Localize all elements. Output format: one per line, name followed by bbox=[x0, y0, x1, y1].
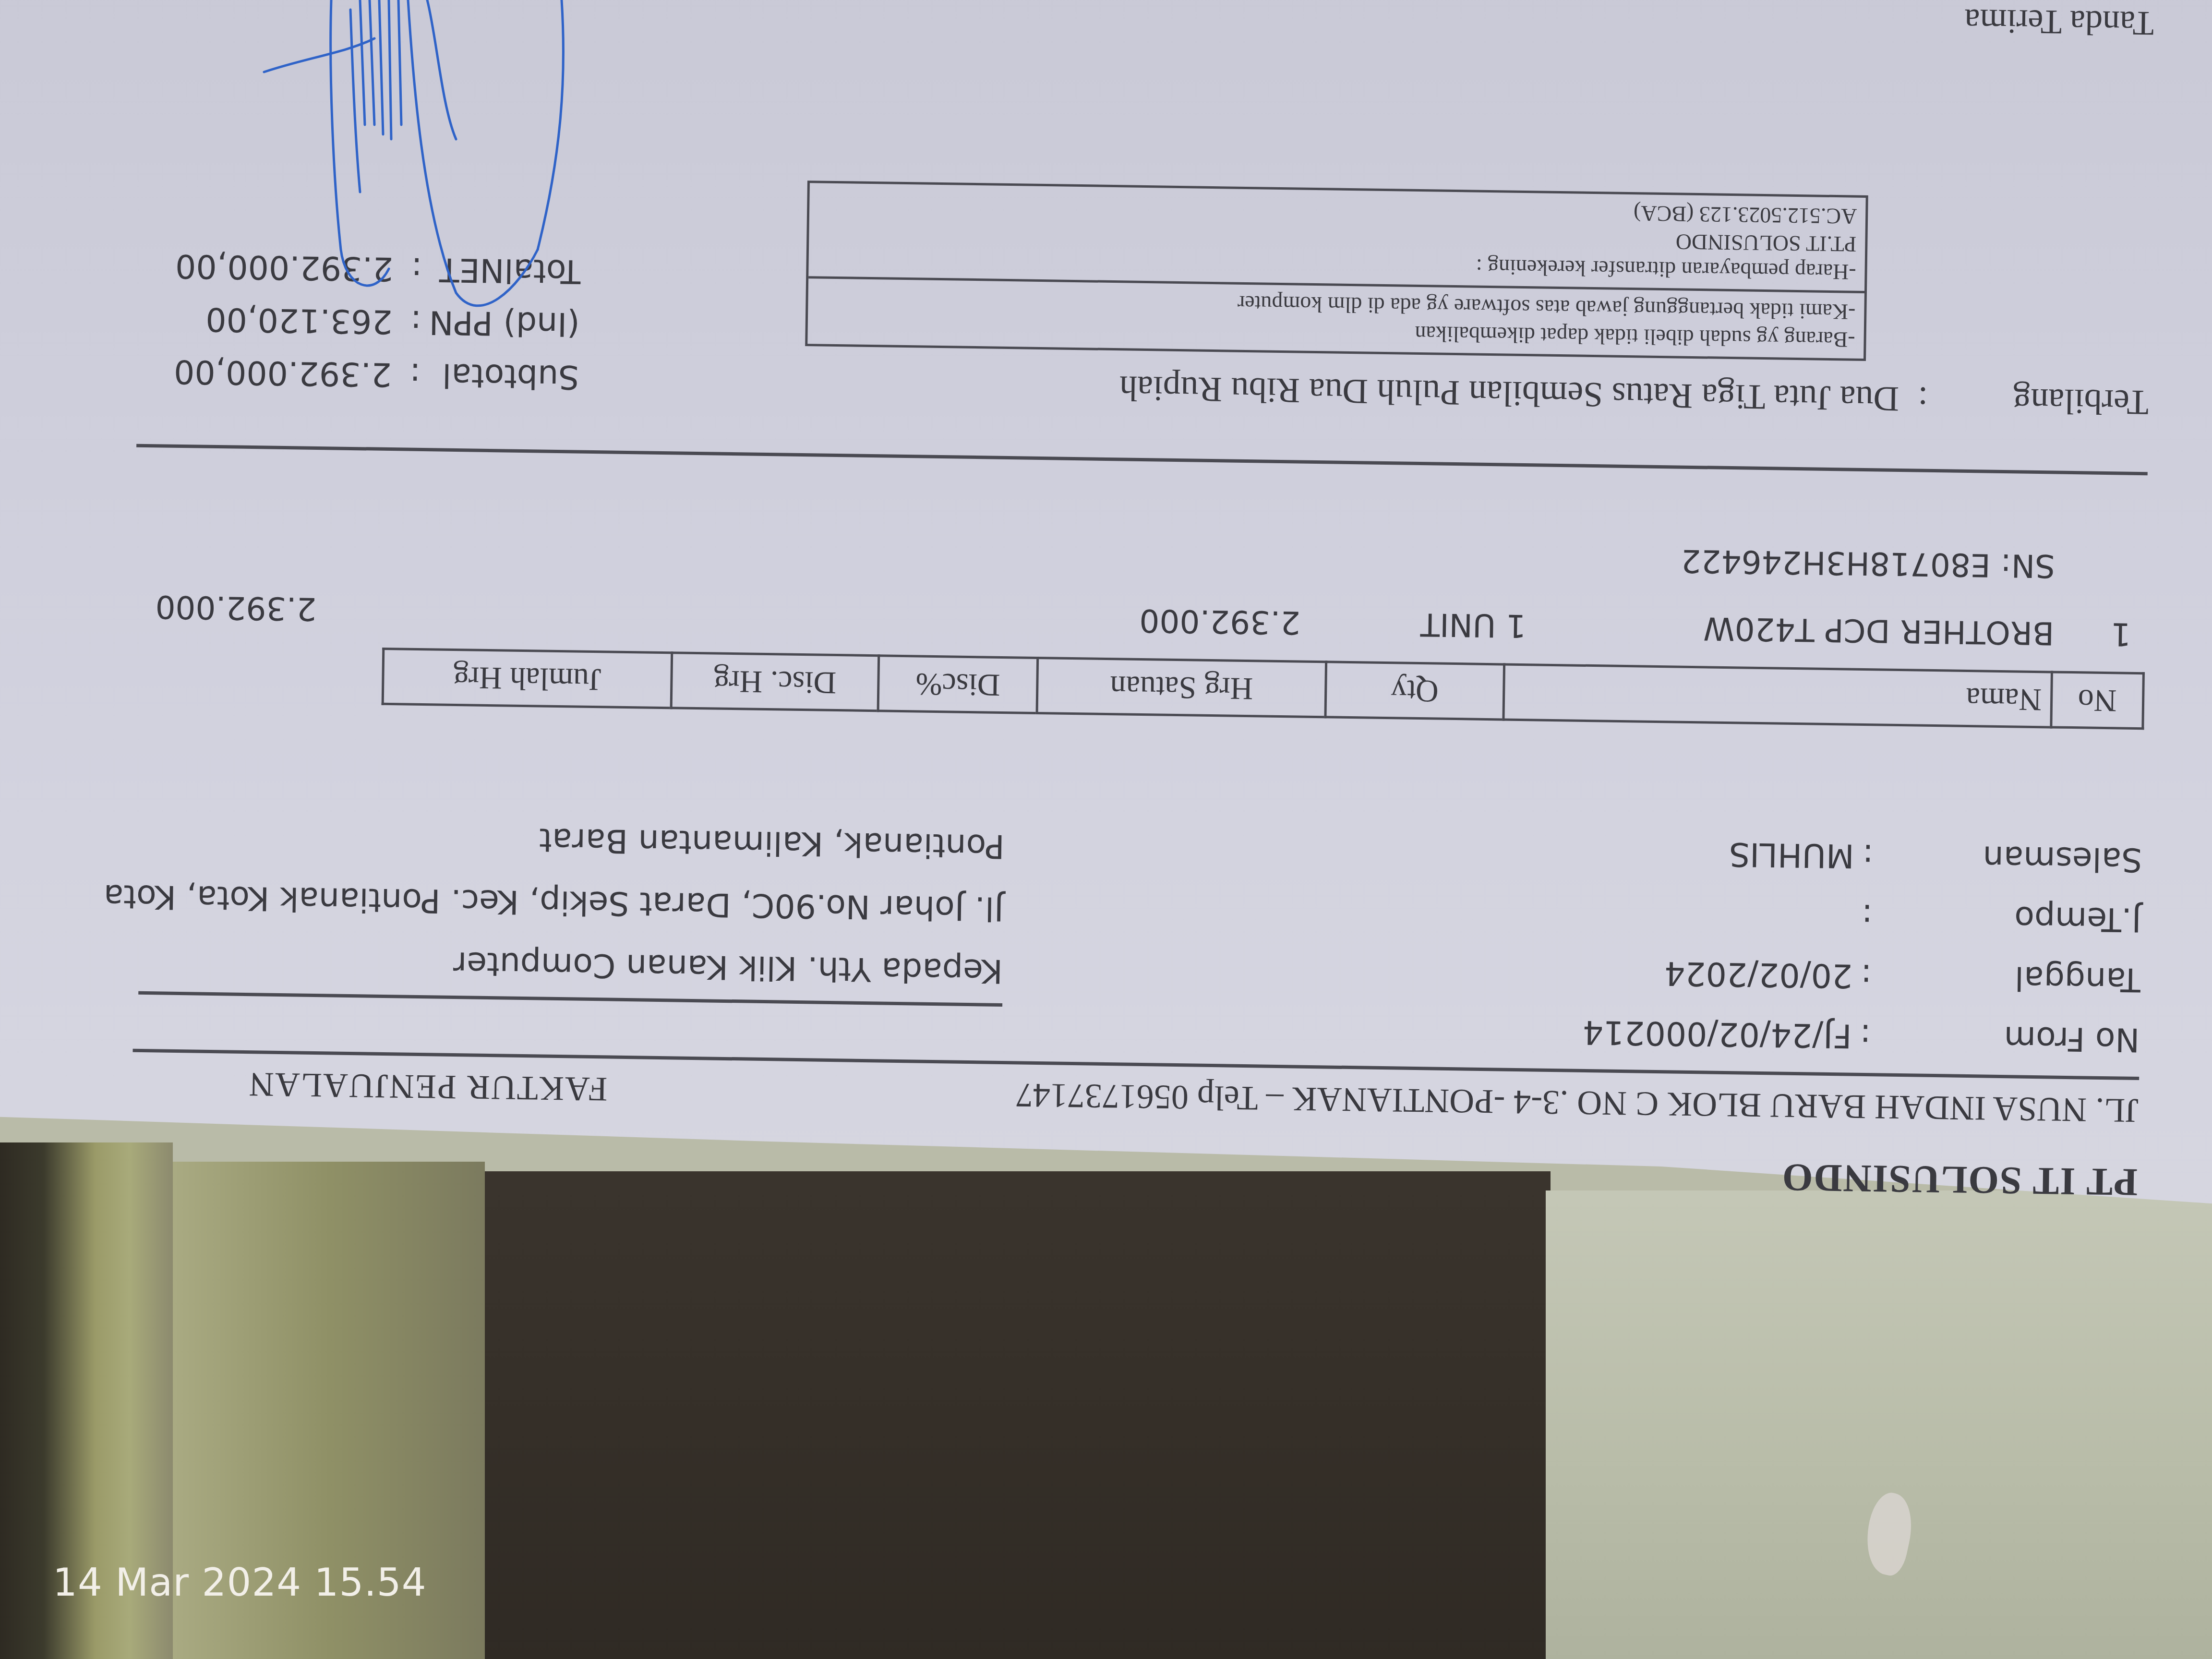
col-no: No bbox=[2051, 672, 2144, 729]
meta-no-from: No From:FJ/24/02/000214 bbox=[1582, 1013, 2140, 1058]
item-serial-number: SN: E80718H3H246422 bbox=[1681, 542, 2055, 585]
meta-value: MUHLIS bbox=[1729, 835, 1854, 875]
meta-jatuh-tempo: J.Tempo: bbox=[1853, 897, 2141, 938]
meta-label: No From bbox=[1871, 1017, 2140, 1058]
meta-value: FJ/24/02/000214 bbox=[1582, 1013, 1852, 1055]
meta-label: Salesman bbox=[1873, 837, 2142, 878]
photo-timestamp: 14 Mar 2024 15.54 bbox=[53, 1560, 427, 1605]
sign-receiver-label: Tanda Terima bbox=[1964, 1, 2154, 43]
background-dark-panel bbox=[485, 1171, 1551, 1659]
items-table: No Nama Qty Hrg Satuan Disc% Disc. Hrg J… bbox=[382, 648, 2145, 730]
meta-tanggal: Tanggal:20/02/2024 bbox=[1664, 954, 2141, 998]
summary-value: 2.392.000,00 bbox=[174, 352, 392, 393]
item-nama: BROTHER DCP T420W bbox=[1703, 610, 2055, 651]
item-jumlah: 2.392.000 bbox=[155, 588, 317, 627]
background-table-surface bbox=[1546, 1190, 2212, 1659]
handwritten-signature-icon bbox=[230, 0, 662, 317]
customer-line-2: Jl. Johar No.90C, Darat Sekip, Kec. Pont… bbox=[103, 877, 1004, 927]
col-disc-pct: Disc% bbox=[878, 656, 1038, 713]
item-no: 1 bbox=[2111, 615, 2131, 653]
company-address: JL. NUSA INDAH BARU BLOK C NO .3-4 -PONT… bbox=[1015, 1075, 2139, 1130]
notes-payment: -Harap pembayaran ditransfer kerekening … bbox=[808, 183, 1866, 293]
meta-value: 20/02/2024 bbox=[1664, 954, 1853, 994]
summary-label: Subtotal bbox=[421, 356, 579, 396]
notes-box: -Barang yg sudah dibeli tidak dapat dike… bbox=[805, 180, 1868, 361]
col-jumlah-hrg: Jumlah Hrg bbox=[383, 649, 672, 708]
terbilang-value: Dua Juta Tiga Ratus Sembilan Puluh Dua R… bbox=[1119, 368, 1899, 419]
meta-salesman: Salesman:MUHLIS bbox=[1729, 835, 2142, 878]
meta-label: Tanggal bbox=[1872, 957, 2141, 998]
col-disc-hrg: Disc. Hrg bbox=[671, 653, 879, 711]
terbilang: Terbilang:Dua Juta Tiga Ratus Sembilan P… bbox=[1119, 367, 2149, 422]
customer-divider bbox=[138, 991, 1002, 1007]
meta-label: J.Tempo bbox=[1872, 897, 2141, 938]
customer-line-1: Kepada Yth. Klik Kanan Computer bbox=[453, 944, 1003, 990]
company-name: PT IT SOLUSINDO bbox=[1781, 1155, 2138, 1205]
col-qty: Qty bbox=[1325, 662, 1504, 720]
item-qty: 1 UNIT bbox=[1420, 606, 1526, 644]
customer-line-3: Pontianak, Kalimantan Barat bbox=[539, 820, 1005, 865]
col-hrg-satuan: Hrg Satuan bbox=[1037, 658, 1326, 717]
summary-subtotal: Subtotal:2.392.000,00 bbox=[174, 352, 579, 396]
item-hrg-satuan: 2.392.000 bbox=[1139, 602, 1301, 641]
document-title: FAKTUR PENJUALAN bbox=[248, 1064, 608, 1109]
table-bottom-divider bbox=[136, 444, 2148, 476]
col-nama: Nama bbox=[1503, 664, 2052, 727]
table-header-row: No Nama Qty Hrg Satuan Disc% Disc. Hrg J… bbox=[383, 649, 2143, 728]
terbilang-label: Terbilang bbox=[1927, 379, 2149, 422]
